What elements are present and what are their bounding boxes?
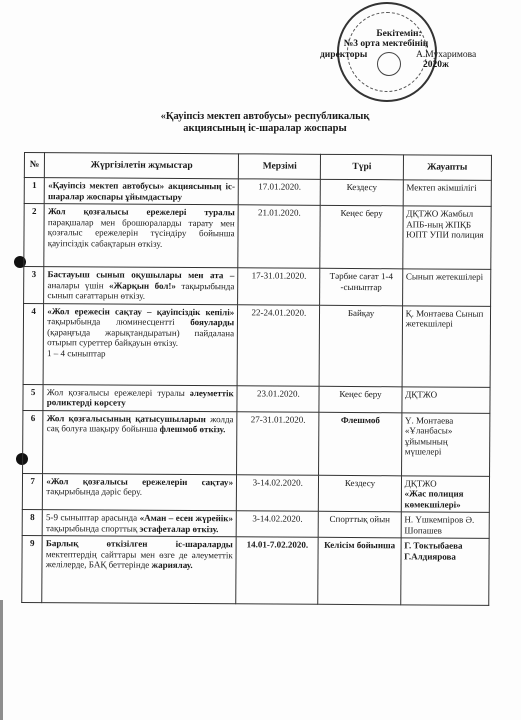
approval-signatory: А.Мухаримова: [416, 50, 476, 61]
row-type: Флешмоб: [319, 412, 402, 476]
activity-bold: бояуларды: [190, 317, 234, 327]
table-row: 9 Барлық өткізілген іс-шараларды мектепт…: [22, 535, 489, 605]
row-type: Кездесу: [319, 475, 401, 512]
row-date: 17.01.2020.: [238, 179, 320, 206]
row-date: 3-14.02.2020.: [236, 511, 318, 538]
row-activity: Жол қозғалысының қатысушыларын жолда сақ…: [43, 410, 237, 474]
activity-grades: 1 – 4 сыныптар: [47, 348, 106, 358]
responsible-text: ДҚТЖО: [405, 478, 437, 488]
row-number: 6: [23, 410, 44, 473]
row-activity: «Жол қозғалысы ережелерін сақтау» тақыры…: [43, 473, 237, 511]
row-number: 8: [22, 509, 42, 535]
table-row: 8 5-9 сыныптар арасында «Аман – есен жүр…: [22, 509, 489, 538]
table-row: 2 Жол қозғалысы ережелері туралы парақша…: [24, 204, 491, 270]
row-number: 9: [22, 535, 43, 602]
table-header-row: № Жүргізілетін жұмыстар Мерзімі Түрі Жау…: [24, 153, 491, 181]
row-type: Кездесу: [321, 179, 403, 206]
row-number: 3: [24, 267, 45, 304]
activity-text: парақшалар мен брошюраларды тарату мен қ…: [48, 217, 235, 249]
approval-year: 2020ж: [423, 60, 449, 71]
row-type: Спорттық ойын: [319, 511, 401, 538]
scan-edge-shadow: [0, 600, 3, 720]
approval-position: директоры: [320, 50, 367, 61]
activity-text: тақырыбында спорттық: [46, 523, 137, 534]
activity-text: тақырыбында люминесцентті: [47, 316, 174, 327]
row-responsible: Сынып жетекшілері: [402, 269, 491, 306]
activity-bold: «Аман – есен жүрейік»: [140, 513, 233, 524]
activity-bold: «Жарқын бол!»: [109, 280, 176, 290]
row-responsible: Ү. Монтаева «Ұланбасы» ұйымының мүшелері: [401, 412, 490, 476]
document-title: «Қауіпсіз мектеп автобусы» республикалық…: [100, 111, 430, 135]
table-row: 7 «Жол қозғалысы ережелерін сақтау» тақы…: [22, 473, 489, 512]
row-date: 22-24.01.2020.: [237, 304, 320, 386]
table-row: 6 Жол қозғалысының қатысушыларын жолда с…: [23, 410, 490, 476]
header-deadline: Мерзімі: [239, 154, 321, 180]
activity-bold: Жол қозғалысы ережелері туралы: [48, 206, 235, 217]
row-number: 4: [23, 303, 44, 384]
row-responsible: Н. Үшкемпіров Ә. Шопашев: [401, 512, 490, 539]
row-activity: «Жол ережесін сақтау – қауіпсіздік кепіл…: [43, 303, 237, 385]
row-activity: Жол қозғалысы ережелері туралы әлеуметті…: [43, 384, 237, 411]
row-number: 7: [22, 473, 43, 510]
table-row: 4 «Жол ережесін сақтау – қауіпсіздік кеп…: [23, 303, 490, 387]
activity-bold: флешмоб өткізу.: [160, 424, 226, 434]
row-responsible: ДҚТЖО«Жас полиция көмекшілері»: [401, 475, 490, 512]
row-date: 23.01.2020.: [237, 385, 319, 412]
row-type: Кеңес беру: [319, 386, 401, 413]
row-type: Байқау: [319, 305, 402, 387]
approval-heading: Бекітемін:: [356, 29, 442, 40]
row-type: Тәрбие сағат 1-4 -сыныптар: [320, 268, 402, 305]
row-activity: Барлық өткізілген іс-шараларды мектептер…: [42, 536, 236, 604]
row-activity: «Қауіпсіз мектеп автобусы» акциясының іс…: [44, 178, 238, 205]
table-row: 1 «Қауіпсіз мектеп автобусы» акциясының …: [24, 178, 491, 207]
row-type: Келісім бойынша: [318, 537, 401, 605]
row-activity: Жол қозғалысы ережелері туралы парақшала…: [44, 204, 238, 268]
row-number: 2: [24, 204, 45, 267]
title-line-2: акциясының іс-шаралар жоспары: [100, 123, 430, 135]
approval-school: №3 орта мектебінің: [326, 39, 446, 50]
row-responsible: Г. Токтыбаева Г.Алдиярова: [400, 538, 489, 606]
table-row: 5 Жол қозғалысы ережелері туралы әлеумет…: [23, 384, 490, 413]
responsible-bold: «Жас полиция көмекшілері»: [404, 488, 463, 509]
row-responsible: ДҚТЖО Жамбыл АПБ-ның ЖПҚБ ЮПТ УПИ полици…: [402, 206, 491, 270]
activity-bold: «Жол қозғалысы ережелерін сақтау»: [46, 476, 233, 487]
activity-text: тақырыбында дәріс беру.: [46, 486, 142, 497]
row-date: 14.01-7.02.2020.: [236, 537, 319, 605]
row-number: 5: [23, 384, 43, 410]
activity-text: (қараңғыда жарықтандыратын) пайдалана от…: [47, 327, 234, 348]
activity-text: аналары үшін: [47, 280, 103, 290]
row-date: 21.01.2020.: [238, 205, 321, 269]
row-type: Кеңес беру: [320, 205, 403, 269]
activity-bold: Бастауыш сынып оқушылары мен ата –: [48, 269, 235, 280]
activity-bold: «Жол ережесін сақтау – қауіпсіздік кепіл…: [47, 306, 234, 317]
row-date: 27-31.01.2020.: [237, 411, 320, 475]
activity-bold: жариялау.: [152, 560, 193, 570]
header-responsible: Жауапты: [403, 155, 492, 181]
table-row: 3 Бастауыш сынып оқушылары мен ата – ана…: [24, 267, 491, 306]
activity-text: Жол қозғалысы ережелері туралы: [47, 387, 185, 398]
row-responsible: ДҚТЖО: [402, 386, 491, 413]
row-activity: 5-9 сыныптар арасында «Аман – есен жүрей…: [42, 510, 236, 537]
action-plan-table: № Жүргізілетін жұмыстар Мерзімі Түрі Жау…: [21, 152, 492, 606]
activity-text: 5-9 сыныптар арасында: [46, 512, 137, 523]
header-activities: Жүргізілетін жұмыстар: [45, 153, 239, 179]
row-date: 17-31.01.2020.: [238, 268, 320, 305]
row-responsible: Мектеп әкімшілігі: [403, 180, 492, 207]
row-number: 1: [24, 178, 44, 204]
row-activity: Бастауыш сынып оқушылары мен ата – анала…: [44, 267, 238, 305]
row-date: 3-14.02.2020.: [237, 474, 319, 511]
activity-bold: эстафеталар өткізу.: [139, 523, 218, 533]
row-responsible: Қ. Монтаева Сынып жетекшілері: [402, 305, 491, 387]
header-type: Түрі: [321, 154, 403, 180]
activity-bold: Барлық өткізілген іс-шараларды: [46, 538, 233, 549]
header-number: №: [24, 153, 44, 178]
activity-text: мектептердің сайттары мен өзге де әлеуме…: [46, 549, 233, 570]
activity-bold: Жол қозғалысының қатысушыларын: [47, 413, 206, 424]
title-line-1: «Қауіпсіз мектеп автобусы» республикалық: [100, 111, 430, 123]
